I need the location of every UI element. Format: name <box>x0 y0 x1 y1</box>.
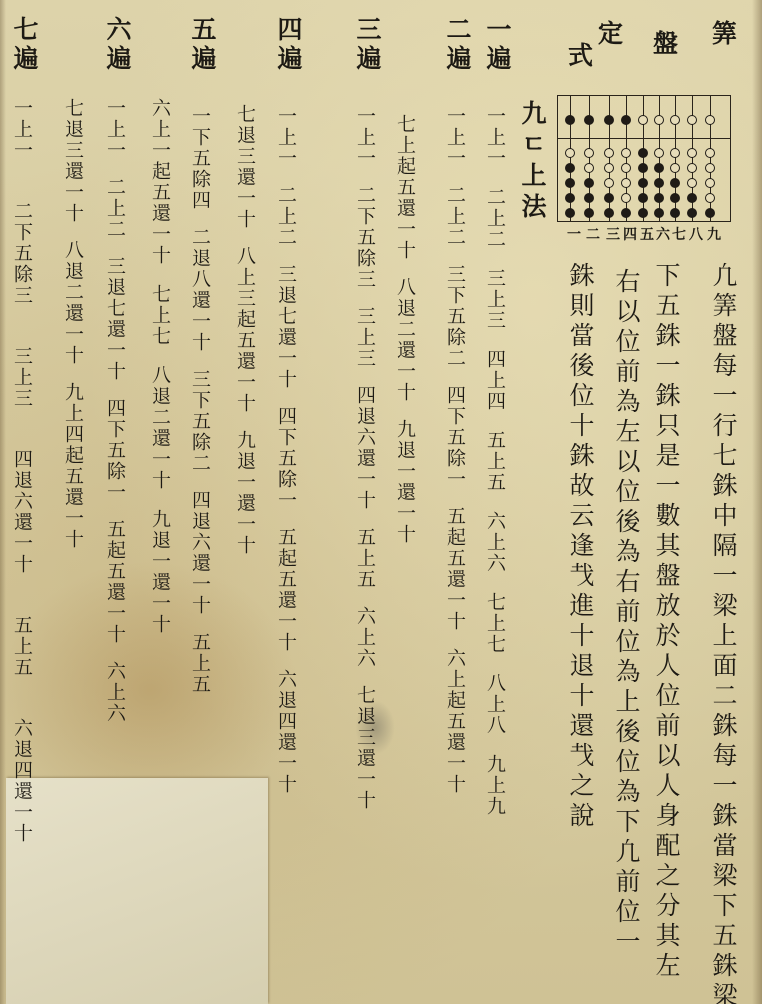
step-6: 六上六 <box>355 606 374 669</box>
step-5: 五上五 <box>485 430 504 493</box>
step-side-4: 九退一還一十 <box>150 509 169 635</box>
step-5: 五上五 <box>355 527 374 590</box>
step-side-1: 六上一起五還一十 <box>150 98 169 266</box>
abacus-lower-bead <box>565 178 575 188</box>
pass-3-main-column: 一上一二下五除三三上三四退六還一十五上五六上六七退三還一十 <box>355 106 374 827</box>
abacus-lower-bead <box>584 178 594 188</box>
pass-2-main-column: 一上一二上二三下五除二四下五除一五起五還一十六上起五還一十 <box>445 106 464 811</box>
step-side-2: 七上七 <box>150 284 169 347</box>
step-3: 三上三 <box>355 306 374 369</box>
abacus-lower-bead <box>705 163 715 173</box>
abacus-lower-bead <box>638 208 648 218</box>
abacus-lower-bead <box>621 178 631 188</box>
abacus-column-label: 七 <box>672 224 686 244</box>
step-side-2: 八退二還一十 <box>63 240 82 366</box>
abacus-column-label: 四 <box>623 224 637 244</box>
abacus-lower-bead <box>565 193 575 203</box>
abacus-upper-bead <box>687 115 697 125</box>
pass-4-side-column: 七退三還一十八上三起五還一十九退一還一十 <box>235 104 254 572</box>
pass-7-label: 七遍 <box>12 16 37 74</box>
title-char-3: 定 <box>598 14 623 50</box>
step-side-3: 九上四起五還一十 <box>63 382 82 550</box>
title-char-4: 式 <box>568 36 593 72</box>
step-3: 三退七還一十 <box>105 256 124 382</box>
description-line-4: 銖則當後位十銖故云逢𢦏進十退十還𢦏之說 <box>568 262 593 832</box>
abacus-upper-bead <box>584 115 594 125</box>
step-3: 三上三 <box>485 268 504 331</box>
abacus-upper-bead <box>654 115 664 125</box>
page-edge-right <box>752 0 762 1004</box>
abacus-upper-bead <box>638 115 648 125</box>
abacus-column-label: 五 <box>640 224 654 244</box>
pass-2-label: 二遍 <box>445 16 470 74</box>
step-6: 六上起五還一十 <box>445 648 464 795</box>
step-4: 四下五除一 <box>276 406 295 511</box>
abacus-beam <box>558 138 730 139</box>
step-2: 二上二 <box>445 185 464 248</box>
abacus-column-label: 六 <box>656 224 670 244</box>
pass-4-main-column: 一上一二上二三退七還一十四下五除一五起五還一十六退四還一十 <box>276 106 295 811</box>
abacus-lower-bead <box>705 208 715 218</box>
step-3: 三退七還一十 <box>276 264 295 390</box>
abacus-lower-bead <box>654 163 664 173</box>
title-char-2: 盤 <box>653 24 678 60</box>
abacus-lower-bead <box>604 163 614 173</box>
paper-repair-patch <box>6 778 268 1004</box>
pass-6-side-column: 七退三還一十八退二還一十九上四起五還一十 <box>63 98 82 566</box>
title-char-1: 筭 <box>712 14 737 50</box>
abacus-column-label: 八 <box>689 224 703 244</box>
abacus-lower-bead <box>638 163 648 173</box>
step-side-3: 八退二還一十 <box>150 365 169 491</box>
abacus-lower-bead <box>638 178 648 188</box>
step-4: 四下五除一 <box>445 385 464 490</box>
step-side-1: 七退三還一十 <box>63 98 82 224</box>
abacus-lower-bead <box>621 208 631 218</box>
step-1: 一上一 <box>445 106 464 169</box>
pass-4-label: 四遍 <box>276 16 301 74</box>
step-2: 二上二 <box>105 177 124 240</box>
pass-3-label: 三遍 <box>355 16 380 74</box>
description-line-3: 右以位前為左以位後為右前位為上後位為下凢前位一 <box>614 268 639 958</box>
abacus-lower-bead <box>565 163 575 173</box>
abacus-lower-bead <box>565 208 575 218</box>
abacus-column-labels: 一二三四五六七八九 <box>562 224 734 244</box>
abacus-diagram <box>557 95 731 222</box>
step-5: 五上五 <box>12 615 31 678</box>
abacus-lower-bead <box>604 148 614 158</box>
step-side-3: 九退一還一十 <box>395 419 414 545</box>
abacus-upper-bead <box>621 115 631 125</box>
step-1: 一上一 <box>485 106 504 169</box>
abacus-lower-bead <box>670 163 680 173</box>
step-7: 七上七 <box>485 592 504 655</box>
abacus-column-label: 三 <box>606 224 620 244</box>
step-5: 五起五還一十 <box>276 527 295 653</box>
abacus-lower-bead <box>621 163 631 173</box>
abacus-lower-bead <box>621 148 631 158</box>
abacus-lower-bead <box>584 148 594 158</box>
pass-3-side-column: 七上起五還一十八退二還一十九退一還一十 <box>395 114 414 561</box>
abacus-lower-bead <box>687 163 697 173</box>
abacus-lower-bead <box>638 148 648 158</box>
step-6: 六退四還一十 <box>276 669 295 795</box>
abacus-lower-bead <box>687 193 697 203</box>
step-2: 二上二 <box>485 187 504 250</box>
abacus-column-label: 九 <box>707 224 721 244</box>
abacus-lower-bead <box>654 208 664 218</box>
abacus-lower-bead <box>654 193 664 203</box>
pass-5-side-column: 六上一起五還一十七上七八退二還一十九退一還一十 <box>150 98 169 653</box>
abacus-column-label: 二 <box>586 224 600 244</box>
step-6: 六退四還一十 <box>12 718 31 844</box>
pass-1-label: 一遍 <box>485 16 510 74</box>
step-5: 五起五還一十 <box>445 506 464 632</box>
step-4: 四上四 <box>485 349 504 412</box>
step-5: 五上五 <box>190 632 209 695</box>
step-4: 四退六還一十 <box>190 490 209 616</box>
abacus-upper-bead <box>604 115 614 125</box>
step-1: 一上一 <box>276 106 295 169</box>
abacus-lower-bead <box>705 193 715 203</box>
step-3: 三下五除二 <box>190 369 209 474</box>
step-5: 五起五還一十 <box>105 519 124 645</box>
step-1: 一上一 <box>105 98 124 161</box>
abacus-lower-bead <box>705 148 715 158</box>
step-side-1: 七退三還一十 <box>235 104 254 230</box>
step-2: 二下五除三 <box>355 185 374 290</box>
abacus-lower-bead <box>604 193 614 203</box>
abacus-lower-bead <box>621 193 631 203</box>
abacus-lower-bead <box>604 208 614 218</box>
step-side-1: 七上起五還一十 <box>395 114 414 261</box>
step-4: 四下五除一 <box>105 398 124 503</box>
step-2: 二下五除三 <box>12 201 31 306</box>
step-1: 一上一 <box>12 98 31 161</box>
abacus-upper-bead <box>565 115 575 125</box>
abacus-lower-bead <box>604 178 614 188</box>
step-4: 四退六還一十 <box>12 449 31 575</box>
abacus-lower-bead <box>584 163 594 173</box>
step-4: 四退六還一十 <box>355 385 374 511</box>
step-7: 七退三還一十 <box>355 685 374 811</box>
scanned-page: 筭 盤 定 式 一二三四五六七八九 九ㄷ上法 凢筭盤每一行七銖中隔一梁上面二銖每… <box>0 0 762 1004</box>
abacus-lower-bead <box>687 178 697 188</box>
abacus-lower-bead <box>670 208 680 218</box>
step-1: 一上一 <box>355 106 374 169</box>
pass-6-label: 六遍 <box>105 16 130 74</box>
step-3: 三上三 <box>12 346 31 409</box>
pass-7-main-column: 一上一二下五除三三上三四退六還一十五上五六退四還一十 <box>12 98 31 884</box>
abacus-lower-bead <box>687 208 697 218</box>
pass-6-main-column: 一上一二上二三退七還一十四下五除一五起五還一十六上六 <box>105 98 124 740</box>
step-side-3: 九退一還一十 <box>235 430 254 556</box>
step-2: 二退八還一十 <box>190 227 209 353</box>
abacus-section-heading: 九ㄷ上法 <box>520 100 545 224</box>
step-6: 六上六 <box>485 511 504 574</box>
abacus-lower-bead <box>705 178 715 188</box>
pass-1-main-column: 一上一二上二三上三四上四五上五六上六七上七八上八九上九 <box>485 106 504 835</box>
step-2: 二上二 <box>276 185 295 248</box>
step-side-2: 八上三起五還一十 <box>235 246 254 414</box>
abacus-lower-bead <box>670 193 680 203</box>
step-8: 八上八 <box>485 673 504 736</box>
abacus-lower-bead <box>584 193 594 203</box>
abacus-upper-bead <box>705 115 715 125</box>
abacus-lower-bead <box>584 208 594 218</box>
abacus-column-label: 一 <box>567 224 581 244</box>
page-edge-left <box>0 0 6 1004</box>
abacus-lower-bead <box>687 148 697 158</box>
abacus-lower-bead <box>654 178 664 188</box>
abacus-lower-bead <box>654 148 664 158</box>
abacus-lower-bead <box>565 148 575 158</box>
step-9: 九上九 <box>485 754 504 817</box>
pass-5-label: 五遍 <box>190 16 215 74</box>
step-1: 一下五除四 <box>190 106 209 211</box>
description-line-1: 凢筭盤每一行七銖中隔一梁上面二銖每一銖當梁下五銖梁 <box>711 262 736 1004</box>
step-6: 六上六 <box>105 661 124 724</box>
step-side-2: 八退二還一十 <box>395 277 414 403</box>
step-3: 三下五除二 <box>445 264 464 369</box>
abacus-upper-bead <box>670 115 680 125</box>
description-line-2: 下五銖一銖只是一數其盤放於人位前以人身配之分其左 <box>654 262 679 982</box>
abacus-lower-bead <box>670 178 680 188</box>
abacus-lower-bead <box>670 148 680 158</box>
pass-5-main-column: 一下五除四二退八還一十三下五除二四退六還一十五上五 <box>190 106 209 711</box>
abacus-lower-bead <box>638 193 648 203</box>
